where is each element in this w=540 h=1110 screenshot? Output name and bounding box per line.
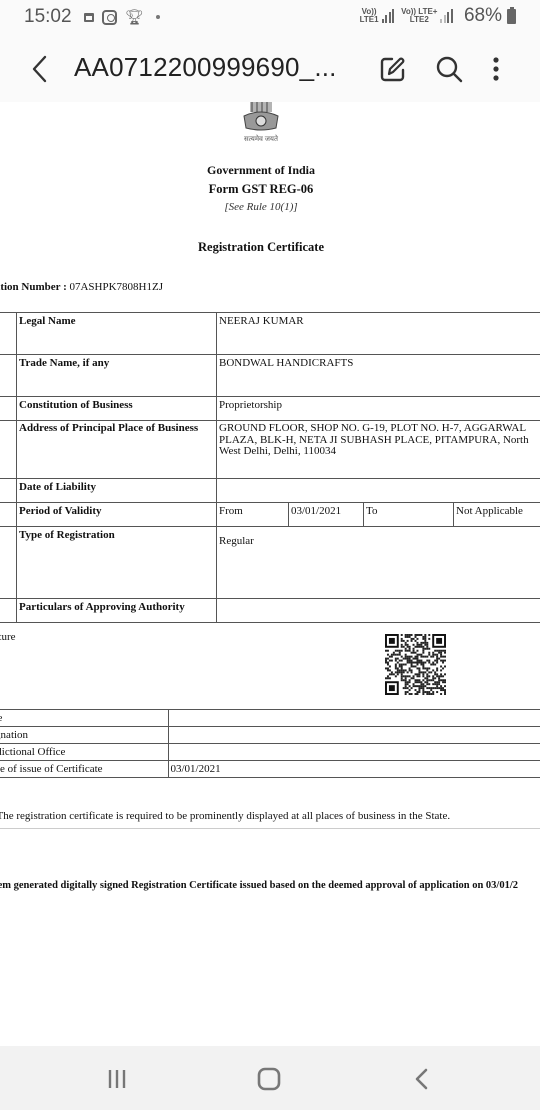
validity-label: Period of Validity	[17, 503, 217, 527]
table-row: Particulars of Approving Authority	[0, 599, 540, 623]
sim2-indicator: Vo)) LTE+ LTE2	[401, 8, 437, 24]
calendar-icon	[84, 13, 94, 22]
signal-strength-icon	[440, 9, 453, 23]
qr-code	[385, 634, 446, 695]
table-row: Constitution of Business Proprietorship	[0, 397, 540, 421]
validity-from-label: From	[217, 503, 289, 527]
address-value: GROUND FLOOR, SHOP NO. G-19, PLOT NO. H-…	[217, 421, 540, 479]
table-row: Trade Name, if any BONDWAL HANDICRAFTS	[0, 355, 540, 397]
more-vertical-icon	[482, 52, 516, 86]
heading-certificate: Registration Certificate	[0, 240, 522, 255]
registration-details-table: Legal Name NEERAJ KUMAR Trade Name, if a…	[0, 312, 540, 623]
sim1-indicator: Vo)) LTE1	[360, 8, 379, 24]
chevron-left-icon	[26, 52, 56, 86]
system-back-button[interactable]	[405, 1062, 439, 1096]
liability-label: Date of Liability	[17, 479, 217, 503]
edit-icon	[376, 52, 410, 86]
table-row: ate of issue of Certificate 03/01/2021	[0, 761, 540, 778]
table-row: ne	[0, 710, 540, 727]
heading-rule: [See Rule 10(1)]	[0, 201, 522, 213]
home-icon	[253, 1062, 287, 1096]
heading-government: Government of India	[0, 163, 522, 178]
validity-to-value: Not Applicable	[454, 503, 540, 527]
authority-name-label: ne	[0, 710, 168, 727]
trade-name-label: Trade Name, if any	[17, 355, 217, 397]
signal-strength-icon	[382, 9, 395, 23]
notification-icons: 🏆︎	[84, 8, 160, 26]
recent-apps-icon	[101, 1062, 135, 1096]
digital-signature-note: stem generated digitally signed Registra…	[0, 880, 518, 891]
registration-number: stration Number : 07ASHPK7808H1ZJ	[0, 281, 163, 293]
navigation-bar	[0, 1046, 540, 1110]
constitution-label: Constitution of Business	[17, 397, 217, 421]
trophy-icon: 🏆︎	[125, 8, 144, 26]
table-row: ignation	[0, 727, 540, 744]
legal-name-value: NEERAJ KUMAR	[217, 313, 540, 355]
liability-value	[217, 479, 540, 503]
table-row: sdictional Office	[0, 744, 540, 761]
edit-button[interactable]	[376, 52, 410, 86]
approving-authority-table: ne ignation sdictional Office ate of iss…	[0, 709, 540, 778]
issue-date-value: 03/01/2021	[168, 761, 540, 778]
validity-to-label: To	[364, 503, 454, 527]
battery-percentage: 68%	[464, 5, 502, 27]
status-bar: 15:02 🏆︎ Vo)) LTE1 Vo)) LTE+ LTE2 68%	[0, 0, 540, 36]
system-indicators: Vo)) LTE1 Vo)) LTE+ LTE2 68%	[360, 5, 516, 27]
heading-form: Form GST REG-06	[0, 182, 522, 197]
app-bar: AA0712200999690_...	[0, 36, 540, 102]
more-options-button[interactable]	[482, 52, 516, 86]
status-time: 15:02	[24, 6, 72, 28]
address-label: Address of Principal Place of Business	[17, 421, 217, 479]
trade-name-value: BONDWAL HANDICRAFTS	[217, 355, 540, 397]
table-row: Period of Validity From 03/01/2021 To No…	[0, 503, 540, 527]
display-note: e: The registration certificate is requi…	[0, 810, 450, 822]
authority-name-value	[168, 710, 540, 727]
document-title: AA0712200999690_...	[74, 52, 337, 83]
authority-designation-value	[168, 727, 540, 744]
battery-icon	[507, 9, 516, 24]
legal-name-label: Legal Name	[17, 313, 217, 355]
registration-type-label: Type of Registration	[17, 527, 217, 599]
jurisdictional-office-value	[168, 744, 540, 761]
home-button[interactable]	[253, 1062, 287, 1096]
recent-apps-button[interactable]	[101, 1062, 135, 1096]
constitution-value: Proprietorship	[217, 397, 540, 421]
divider	[0, 828, 540, 829]
search-icon	[432, 52, 466, 86]
table-row: Address of Principal Place of Business G…	[0, 421, 540, 479]
signature-label: nature	[0, 631, 15, 643]
instagram-icon	[102, 10, 117, 25]
approving-authority-label: Particulars of Approving Authority	[17, 599, 217, 623]
chevron-left-icon	[405, 1062, 439, 1096]
table-row: Type of Registration Regular	[0, 527, 540, 599]
table-row: Legal Name NEERAJ KUMAR	[0, 313, 540, 355]
dot-icon	[156, 15, 160, 19]
validity-from-value: 03/01/2021	[289, 503, 364, 527]
registration-type-value: Regular	[217, 527, 540, 599]
table-row: Date of Liability	[0, 479, 540, 503]
issue-date-label: ate of issue of Certificate	[0, 761, 168, 778]
pdf-document-view[interactable]: सत्यमेव जयते Government of India Form GS…	[0, 102, 540, 1046]
jurisdictional-office-label: sdictional Office	[0, 744, 168, 761]
back-button[interactable]	[26, 52, 56, 86]
authority-designation-label: ignation	[0, 727, 168, 744]
search-button[interactable]	[432, 52, 466, 86]
emblem-motto: सत्यमेव जयते	[0, 135, 522, 144]
